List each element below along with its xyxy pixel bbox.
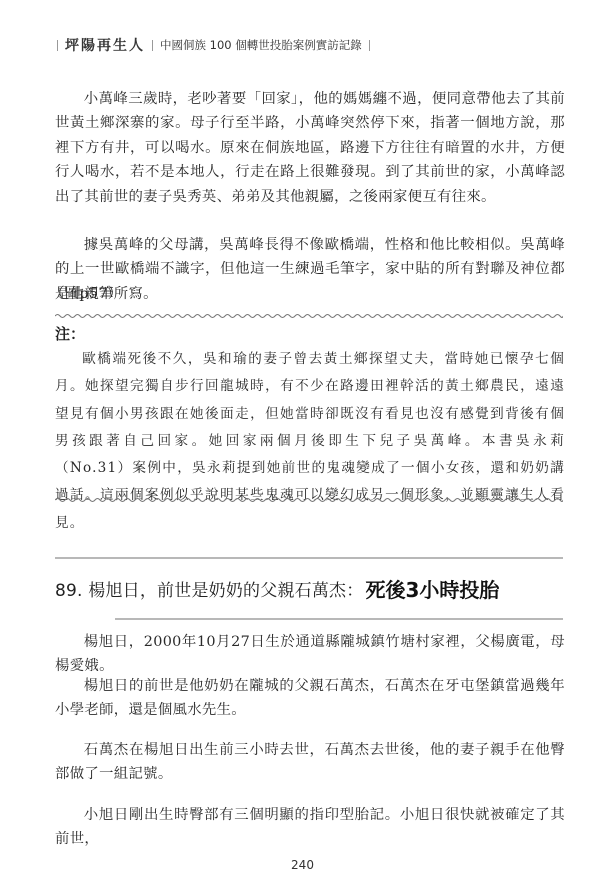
note-body: 歐橋端死後不久，吳和瑜的妻子曾去黃土鄉探望丈夫，當時她已懷孕七個月。她探望完獨自… (55, 346, 565, 537)
body-paragraph: 楊旭日，2000年10月27日生於通道縣隴城鎮竹塘村家裡，父楊廣電，母楊愛娥。 (55, 630, 565, 679)
header-divider (57, 40, 58, 51)
body-paragraph: 楊旭日的前世是他奶奶在隴城的父親石萬杰，石萬杰在牙屯堡鎮當過幾年小學老師，還是個… (55, 674, 565, 723)
book-subtitle: 中國侗族 100 個轉世投胎案例實訪記錄 (160, 37, 362, 53)
section-rule-top (55, 557, 563, 559)
body-paragraph: 小旭日剛出生時臀部有三個明顯的指印型胎記。小旭日很快就被確定了其前世， (55, 803, 565, 852)
note-label: 注： (55, 323, 85, 344)
book-title: 坪陽再生人 (65, 35, 145, 55)
section-title: 89. 楊旭日，前世是奶奶的父親石萬杰： (55, 576, 363, 601)
section-rule-bottom (115, 618, 563, 620)
note-paragraph: 歐橋端死後不久，吳和瑜的妻子曾去黃土鄉探望丈夫，當時她已懷孕七個月。她探望完獨自… (55, 346, 565, 537)
section-heading: 89. 楊旭日，前世是奶奶的父親石萬杰： 死後3小時投胎 (55, 570, 499, 606)
wavy-divider-top (55, 313, 563, 319)
body-paragraph: 石萬杰在楊旭日出生前三小時去世，石萬杰去世後，他的妻子親手在他臀部做了一組記號。 (55, 738, 565, 787)
running-header: 坪陽再生人 中國侗族 100 個轉世投胎案例實訪記錄 (50, 36, 377, 54)
header-divider (369, 40, 370, 51)
section-title-emphasis: 死後3小時投胎 (365, 574, 499, 603)
header-divider (152, 40, 153, 51)
figure-reference: （圖p57） (50, 282, 560, 306)
wavy-divider-bottom (55, 497, 563, 503)
page-number: 240 (0, 858, 605, 872)
body-paragraph: 小萬峰三歲時，老吵著要「回家」，他的媽媽纏不過，便同意帶他去了其前世黃土鄉深寨的… (55, 87, 565, 209)
